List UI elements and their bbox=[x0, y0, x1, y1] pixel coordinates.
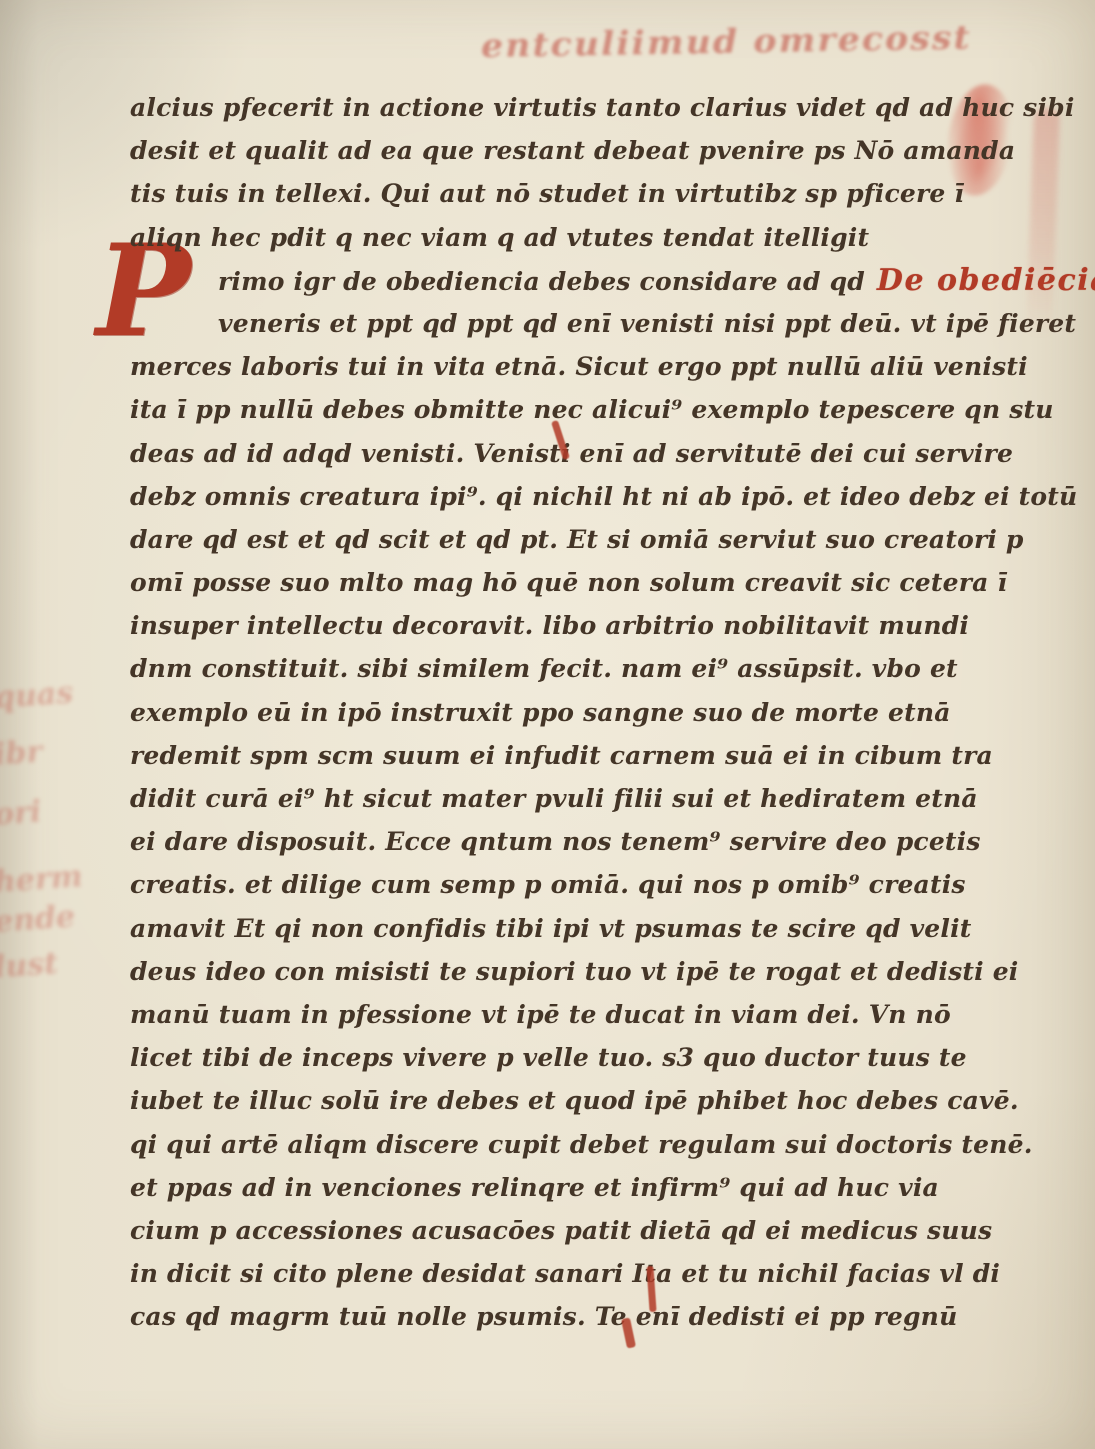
text-line: tis tuis in tellexi. Qui aut nō studet i… bbox=[130, 172, 1060, 215]
line-text: desit et qualit ad ea que restant debeat… bbox=[130, 136, 1015, 165]
text-line: cas qd magrm tuū nolle psumis. Te enī de… bbox=[130, 1295, 1060, 1338]
line-text: alcius pfecerit in actione virtutis tant… bbox=[130, 93, 1075, 122]
text-line: amavit Et qi non confidis tibi ipi vt ps… bbox=[130, 907, 1060, 950]
text-line: exemplo eū in ipō instruxit ppo sangne s… bbox=[130, 691, 1060, 734]
line-text: licet tibi de inceps vivere p velle tuo.… bbox=[130, 1043, 967, 1072]
text-line: licet tibi de inceps vivere p velle tuo.… bbox=[130, 1036, 1060, 1079]
line-text: et ppas ad in venciones relinqre et infi… bbox=[130, 1173, 939, 1202]
line-text: deas ad id adqd venisti. Venisti enī ad … bbox=[130, 439, 1013, 468]
line-text: dnm constituit. sibi similem fecit. nam … bbox=[130, 654, 958, 683]
ghost-fragment: ibr bbox=[0, 734, 43, 772]
text-line: creatis. et dilige cum semp p omiā. qui … bbox=[130, 863, 1060, 906]
text-line: aliqn hec pdit q nec viam q ad vtutes te… bbox=[130, 216, 1060, 259]
line-text: tis tuis in tellexi. Qui aut nō studet i… bbox=[130, 179, 964, 208]
line-text: iubet te illuc solū ire debes et quod ip… bbox=[130, 1086, 1019, 1115]
manuscript-page: entculiimud omrecosst quasibrorihermende… bbox=[0, 0, 1095, 1449]
rubric-heading: De obediēcia bbox=[865, 263, 1095, 298]
line-text: amavit Et qi non confidis tibi ipi vt ps… bbox=[130, 914, 972, 943]
text-line: ei dare disposuit. Ecce qntum nos tenem⁹… bbox=[130, 820, 1060, 863]
line-text: didit curā ei⁹ ht sicut mater pvuli fili… bbox=[130, 784, 978, 813]
ghost-fragment: lust bbox=[0, 946, 59, 985]
text-line: deas ad id adqd venisti. Venisti enī ad … bbox=[130, 432, 1060, 475]
text-line: merces laboris tui in vita etnā. Sicut e… bbox=[130, 345, 1060, 388]
text-line: cium p accessiones acusacōes patit dietā… bbox=[130, 1209, 1060, 1252]
line-text: ei dare disposuit. Ecce qntum nos tenem⁹… bbox=[130, 827, 981, 856]
text-line: in dicit si cito plene desidat sanari It… bbox=[130, 1252, 1060, 1295]
ghost-fragment: ende bbox=[0, 899, 76, 940]
text-line: omī posse suo mlto mag hō quē non solum … bbox=[130, 561, 1060, 604]
text-line: redemit spm scm suum ei infudit carnem s… bbox=[130, 734, 1060, 777]
line-text: merces laboris tui in vita etnā. Sicut e… bbox=[130, 352, 1028, 381]
line-text: dare qd est et qd scit et qd pt. Et si o… bbox=[130, 525, 1024, 554]
line-text: omī posse suo mlto mag hō quē non solum … bbox=[130, 568, 1007, 597]
line-text: cas qd magrm tuū nolle psumis. Te enī de… bbox=[130, 1302, 957, 1331]
text-line: manū tuam in pfessione vt ipē te ducat i… bbox=[130, 993, 1060, 1036]
text-line: alcius pfecerit in actione virtutis tant… bbox=[130, 86, 1060, 129]
line-text: deus ideo con misisti te supiori tuo vt … bbox=[130, 957, 1019, 986]
line-text: veneris et ppt qd ppt qd enī venisti nis… bbox=[218, 309, 1076, 338]
line-text: aliqn hec pdit q nec viam q ad vtutes te… bbox=[130, 223, 869, 252]
line-text: cium p accessiones acusacōes patit dietā… bbox=[130, 1216, 992, 1245]
text-line: debz omnis creatura ipi⁹. qi nichil ht n… bbox=[130, 475, 1060, 518]
line-text: exemplo eū in ipō instruxit ppo sangne s… bbox=[130, 698, 951, 727]
line-text: creatis. et dilige cum semp p omiā. qui … bbox=[130, 870, 966, 899]
line-text: insuper intellectu decoravit. libo arbit… bbox=[130, 611, 969, 640]
ghost-fragment: ori bbox=[0, 794, 42, 832]
line-text: in dicit si cito plene desidat sanari It… bbox=[130, 1259, 1000, 1288]
line-text: qi qui artē aliqm discere cupit debet re… bbox=[130, 1130, 1033, 1159]
line-text: rimo igr de obediencia debes considare a… bbox=[218, 267, 865, 296]
text-line: et ppas ad in venciones relinqre et infi… bbox=[130, 1166, 1060, 1209]
text-line: dare qd est et qd scit et qd pt. Et si o… bbox=[130, 518, 1060, 561]
text-line: ita ī pp nullū debes obmitte nec alicui⁹… bbox=[130, 388, 1060, 431]
text-line: didit curā ei⁹ ht sicut mater pvuli fili… bbox=[130, 777, 1060, 820]
text-line: qi qui artē aliqm discere cupit debet re… bbox=[130, 1123, 1060, 1166]
line-text: redemit spm scm suum ei infudit carnem s… bbox=[130, 741, 993, 770]
text-line: veneris et ppt qd ppt qd enī venisti nis… bbox=[218, 302, 1060, 345]
text-line: insuper intellectu decoravit. libo arbit… bbox=[130, 604, 1060, 647]
text-line: iubet te illuc solū ire debes et quod ip… bbox=[130, 1079, 1060, 1122]
line-text: manū tuam in pfessione vt ipē te ducat i… bbox=[130, 1000, 951, 1029]
ghost-fragment: quas bbox=[0, 675, 74, 715]
text-line: deus ideo con misisti te supiori tuo vt … bbox=[130, 950, 1060, 993]
text-line: desit et qualit ad ea que restant debeat… bbox=[130, 129, 1060, 172]
ghost-fragment: herm bbox=[0, 859, 84, 900]
manuscript-text-block: alcius pfecerit in actione virtutis tant… bbox=[130, 86, 1060, 1338]
text-line: dnm constituit. sibi similem fecit. nam … bbox=[130, 647, 1060, 690]
text-line: rimo igr de obediencia debes considare a… bbox=[218, 259, 1060, 302]
line-text: debz omnis creatura ipi⁹. qi nichil ht n… bbox=[130, 482, 1077, 511]
line-text: ita ī pp nullū debes obmitte nec alicui⁹… bbox=[130, 395, 1054, 424]
faded-red-offset-inscription: entculiimud omrecosst bbox=[481, 18, 944, 65]
